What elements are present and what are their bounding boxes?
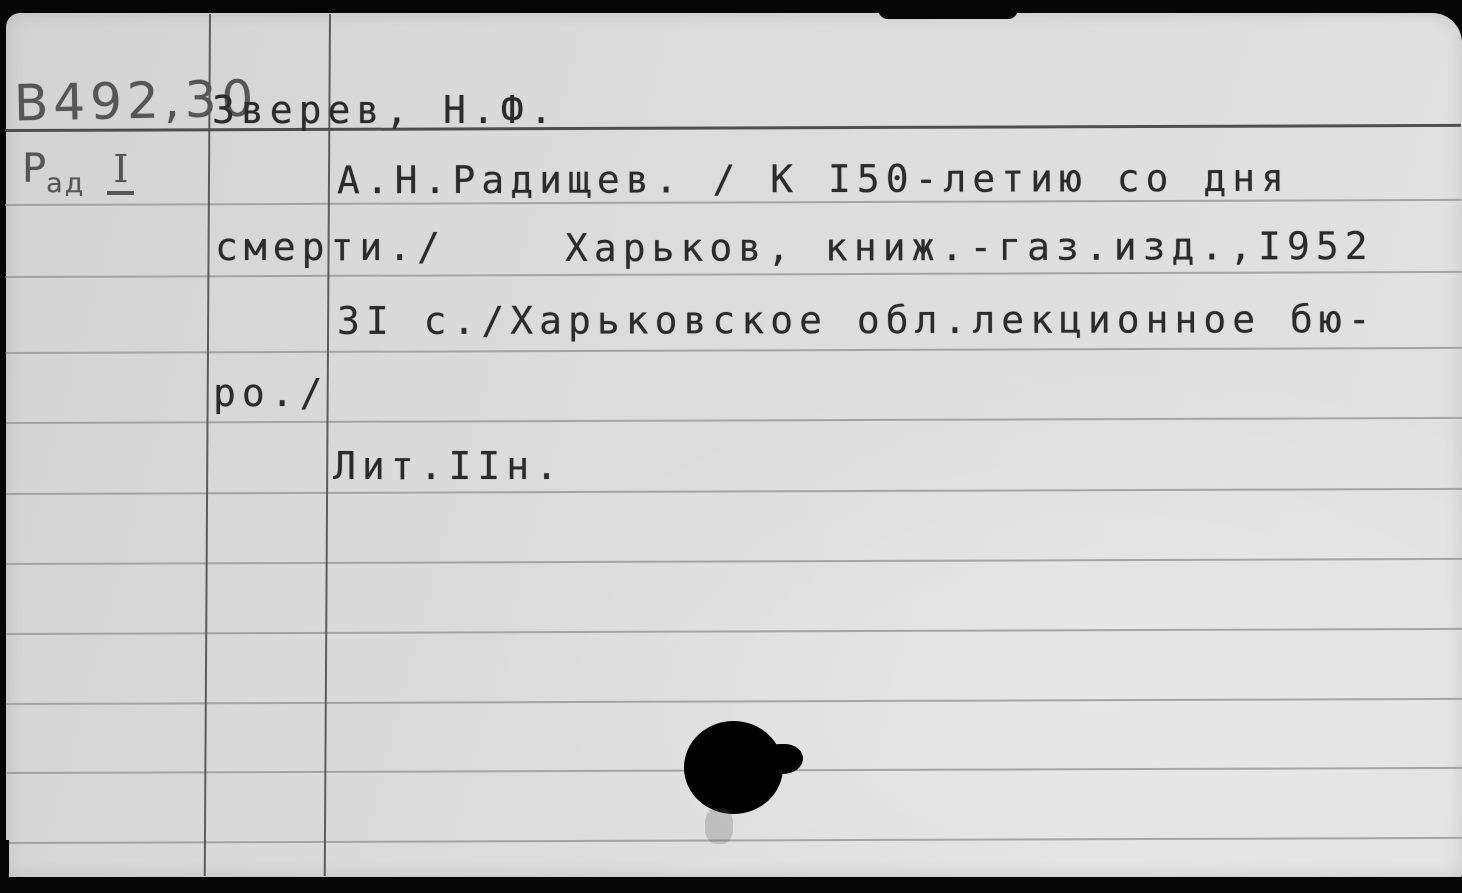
title-line-1: А.Н.Радищев. / К I50-летию со дня — [337, 158, 1290, 200]
rule-line — [7, 698, 1462, 705]
title-line-2-left: смерти./ — [215, 227, 446, 267]
classification-sub: ад — [46, 168, 85, 199]
rule-line — [7, 628, 1462, 635]
classification-mark: РадI — [22, 146, 134, 192]
classification-roman-numeral: I — [107, 147, 134, 195]
collation-line: 3I с./Харьковское обл.лекционное бю- — [337, 299, 1377, 341]
hole-punch-shadow — [705, 808, 733, 844]
rule-line — [7, 837, 1462, 844]
rule-line — [6, 558, 1462, 565]
rule-line — [5, 271, 1461, 278]
collation-line-continuation: ро./ — [213, 373, 329, 413]
classification-main: Р — [22, 146, 46, 192]
rule-line — [6, 488, 1462, 495]
rule-line — [6, 347, 1462, 354]
scanned-catalog-card: В492,30 РадI Зверев, Н.Ф. А.Н.Радищев. /… — [0, 0, 1462, 893]
rule-line — [6, 417, 1462, 424]
author-heading: Зверев, Н.Ф. — [212, 90, 559, 130]
imprint-line: Харьков, книж.-газ.изд.,I952 — [565, 226, 1374, 268]
literature-code: Лит.IIн. — [333, 446, 564, 486]
scan-edge-left — [0, 840, 9, 893]
scan-edge-notch — [878, 0, 1018, 19]
